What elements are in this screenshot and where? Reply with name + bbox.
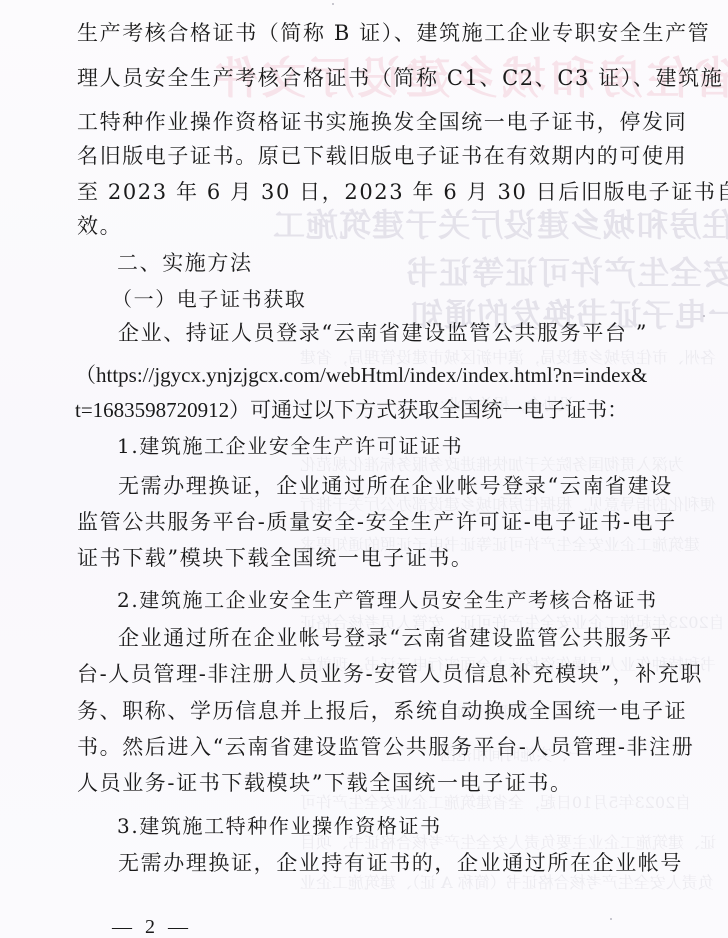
subsection-heading: （一）电子证书获取: [112, 287, 306, 311]
item-heading: 1.建筑施工企业安全生产许可证证书: [117, 434, 463, 458]
paragraph-line: 务、职称、学历信息并上报后，系统自动换成全国统一电子证: [77, 699, 687, 723]
item-heading: 3.建筑施工特种作业操作资格证书: [117, 814, 442, 838]
page-number: — 2 —: [112, 916, 192, 938]
paragraph-line: 监管公共服务平台-质量安全-安全生产许可证-电子证书-电子: [77, 510, 677, 534]
paragraph-line: 工特种作业操作资格证书实施换发全国统一电子证书，停发同: [77, 110, 687, 134]
paragraph-line: 台-人员管理-非注册人员业务-安管人员信息补充模块”，补充职: [77, 662, 703, 686]
url-text: （https://jgycx.ynjzjgcx.com/webHtml/inde…: [75, 363, 647, 387]
bleed-through-title-line-1: 云南省住房和城乡建设厅关于建筑施工: [272, 200, 728, 246]
paragraph-line: 人员业务-证书下载模块”下载全国统一电子证书。: [77, 771, 573, 795]
bleed-through-title-line-2: 企业安全生产许可证等证书: [405, 248, 728, 294]
paragraph-line: t=1683598720912）可通过以下方式获取全国统一电子证书：: [75, 398, 628, 422]
scan-speck: [332, 3, 334, 5]
paragraph-line: 理人员安全生产考核合格证书（简称 C1、C2、C3 证）、建筑施: [77, 66, 723, 90]
paragraph-line: 名旧版电子证书。原已下载旧版电子证书在有效期内的可使用: [77, 144, 687, 168]
paragraph-line: 证书下载”模块下载全国统一电子证书。: [77, 546, 474, 570]
section-heading: 二、实施方法: [117, 251, 253, 275]
paragraph-line: 无需办理换证，企业通过所在企业帐号登录“云南省建设: [118, 474, 673, 498]
scan-speck: [610, 918, 612, 920]
document-page: 云南省住房和城乡建设厅文件 云南省住房和城乡建设厅关于建筑施工 企业安全生产许可…: [0, 0, 728, 938]
scan-speck: [703, 315, 705, 317]
paragraph-line: 无需办理换证，企业持有证书的，企业通过所在企业帐号: [118, 851, 683, 875]
paragraph-line: 效。: [77, 214, 122, 238]
paragraph-line: 至 2023 年 6 月 30 日，2023 年 6 月 30 日后旧版电子证书…: [77, 180, 728, 204]
paragraph-line: 书。然后进入“云南省建设监管公共服务平台-人员管理-非注册: [77, 735, 694, 759]
paragraph-line: 企业、持证人员登录“云南省建设监管公共服务平台 ”: [118, 321, 648, 345]
paragraph-line: 生产考核合格证书（简称 B 证）、建筑施工企业专职安全生产管: [77, 21, 710, 45]
paragraph-line: 企业通过所在企业帐号登录“云南省建设监管公共服务平: [118, 626, 673, 650]
item-heading: 2.建筑施工企业安全生产管理人员安全生产考核合格证书: [117, 588, 658, 612]
